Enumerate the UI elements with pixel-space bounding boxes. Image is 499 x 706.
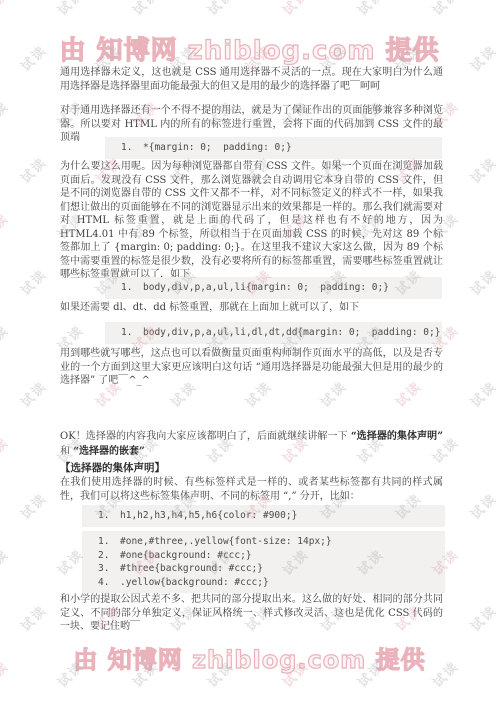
code-block-extended-reset: 1.body,div,p,a,ul,li,dl,dt,dd{margin: 0;… [105, 322, 442, 344]
code-block-universal-reset: 1.*{margin: 0; padding: 0;} [105, 137, 442, 159]
provider-watermark-bottom: 由 知博网 zhiblog.com 提供 [0, 640, 499, 675]
next-topics-bold-nesting: “选择器的嵌套” [73, 446, 145, 457]
next-topics-text-2: 和 [60, 446, 73, 457]
trial-stamp: 试读 [0, 432, 12, 467]
code-line: 1.#one,#three,.yellow{font-size: 14px;} [98, 535, 445, 549]
code-text: #one{background: #ccc;} [120, 550, 252, 561]
code-block-tag-list-reset: 1.body,div,p,a,ul,li{margin: 0; padding:… [105, 277, 442, 299]
trial-stamp: 试读 [16, 152, 51, 187]
trial-stamp: 试读 [16, 264, 51, 299]
code-text: h1,h2,h3,h4,h5,h6{color: #900;} [120, 510, 297, 521]
code-line-number: 1. [121, 326, 137, 340]
code-text: body,div,p,a,ul,li{margin: 0; padding: 0… [143, 282, 389, 293]
trial-stamp: 试读 [466, 600, 499, 635]
code-block-grouped-selectors: 1.#one,#three,.yellow{font-size: 14px;} … [82, 531, 445, 593]
trial-stamp: 试读 [278, 0, 313, 19]
code-line: 2.#one{background: #ccc;} [98, 549, 445, 563]
code-line: 1.h1,h2,h3,h4,h5,h6{color: #900;} [98, 509, 445, 523]
code-line: 1.body,div,p,a,ul,li,dl,dt,dd{margin: 0;… [121, 326, 442, 340]
paragraph-next-topics: OK！选择器的内容我向大家应该都明白了，后面就继续讲解一下 “选择器的集体声明”… [60, 430, 443, 459]
next-topics-bold-collective-declaration: “选择器的集体声明” [351, 431, 443, 442]
provider-watermark-top: 由 知博网 zhiblog.com 提供 [0, 30, 499, 67]
trial-stamp: 试读 [16, 600, 51, 635]
code-line-number: 3. [98, 562, 114, 576]
code-line-number: 1. [98, 535, 114, 549]
code-line-number: 2. [98, 549, 114, 563]
code-line: 1.body,div,p,a,ul,li{margin: 0; padding:… [121, 281, 442, 295]
trial-stamp: 试读 [16, 376, 51, 411]
paragraph-collective-declaration-intro: 在我们使用选择器的时候、有些标签样式是一样的、或者某些标签都有共同的样式属性，我… [60, 476, 443, 503]
code-line: 1.*{margin: 0; padding: 0;} [121, 141, 442, 155]
code-text: #three{background: #ccc;} [120, 563, 263, 574]
trial-stamp: 试读 [0, 0, 12, 19]
code-text: body,div,p,a,ul,li,dl,dt,dd{margin: 0; p… [143, 327, 440, 338]
code-line-number: 1. [121, 141, 137, 155]
code-text: *{margin: 0; padding: 0;} [143, 142, 292, 153]
trial-stamp: 试读 [16, 488, 51, 523]
paragraph-universal-selector-summary: 通用选择器未定义，这也就是 CSS 通用选择器不灵活的一点。现在大家明白为什么通… [60, 66, 443, 93]
code-block-heading-colors: 1.h1,h2,h3,h4,h5,h6{color: #900;} [82, 505, 445, 527]
trial-stamp: 试读 [0, 208, 12, 243]
paragraph-professional-advice: 用到哪些就写哪些，这点也可以看做衡量页面重构师制作页面水平的高低，以及是否专业的… [60, 347, 443, 388]
code-text: #one,#three,.yellow{font-size: 14px;} [120, 536, 332, 547]
code-line: 3.#three{background: #ccc;} [98, 562, 445, 576]
trial-stamp: 试读 [466, 264, 499, 299]
paragraph-browser-default-css: 为什么要这么用呢。因为每种浏览器都自带有 CSS 文件。如果一个页面在浏览器加载… [60, 160, 443, 282]
code-text: .yellow{background: #ccc;} [120, 577, 269, 588]
trial-stamp: 试读 [428, 0, 463, 19]
next-topics-text-1: OK！选择器的内容我向大家应该都明白了，后面就继续讲解一下 [60, 431, 351, 442]
trial-stamp: 试读 [0, 96, 12, 131]
trial-stamp: 试读 [466, 152, 499, 187]
trial-stamp: 试读 [0, 320, 12, 355]
paragraph-factor-out-common-styles: 和小学的提取公因式差不多、把共同的部分提取出来。这么做的好处、相同的部分共同定义… [60, 593, 443, 634]
trial-stamp: 试读 [0, 544, 12, 579]
code-line: 4..yellow{background: #ccc;} [98, 576, 445, 590]
trial-stamp: 试读 [466, 488, 499, 523]
section-header-collective-declaration: 【选择器的集体声明】 [60, 461, 443, 475]
document-page: 由 知博网 zhiblog.com 提供 通用选择器未定义，这也就是 CSS 通… [0, 0, 499, 706]
trial-stamp: 试读 [353, 0, 388, 19]
code-line-number: 1. [121, 281, 137, 295]
paragraph-add-dl-dt-dd: 如果还需要 dl、dt、dd 标签重置，那就在上面加上就可以了，如下 [60, 301, 443, 315]
trial-stamp: 试读 [203, 0, 238, 19]
trial-stamp: 试读 [53, 0, 88, 19]
code-line-number: 1. [98, 509, 114, 523]
code-line-number: 4. [98, 576, 114, 590]
trial-stamp: 试读 [466, 376, 499, 411]
trial-stamp: 试读 [128, 0, 163, 19]
